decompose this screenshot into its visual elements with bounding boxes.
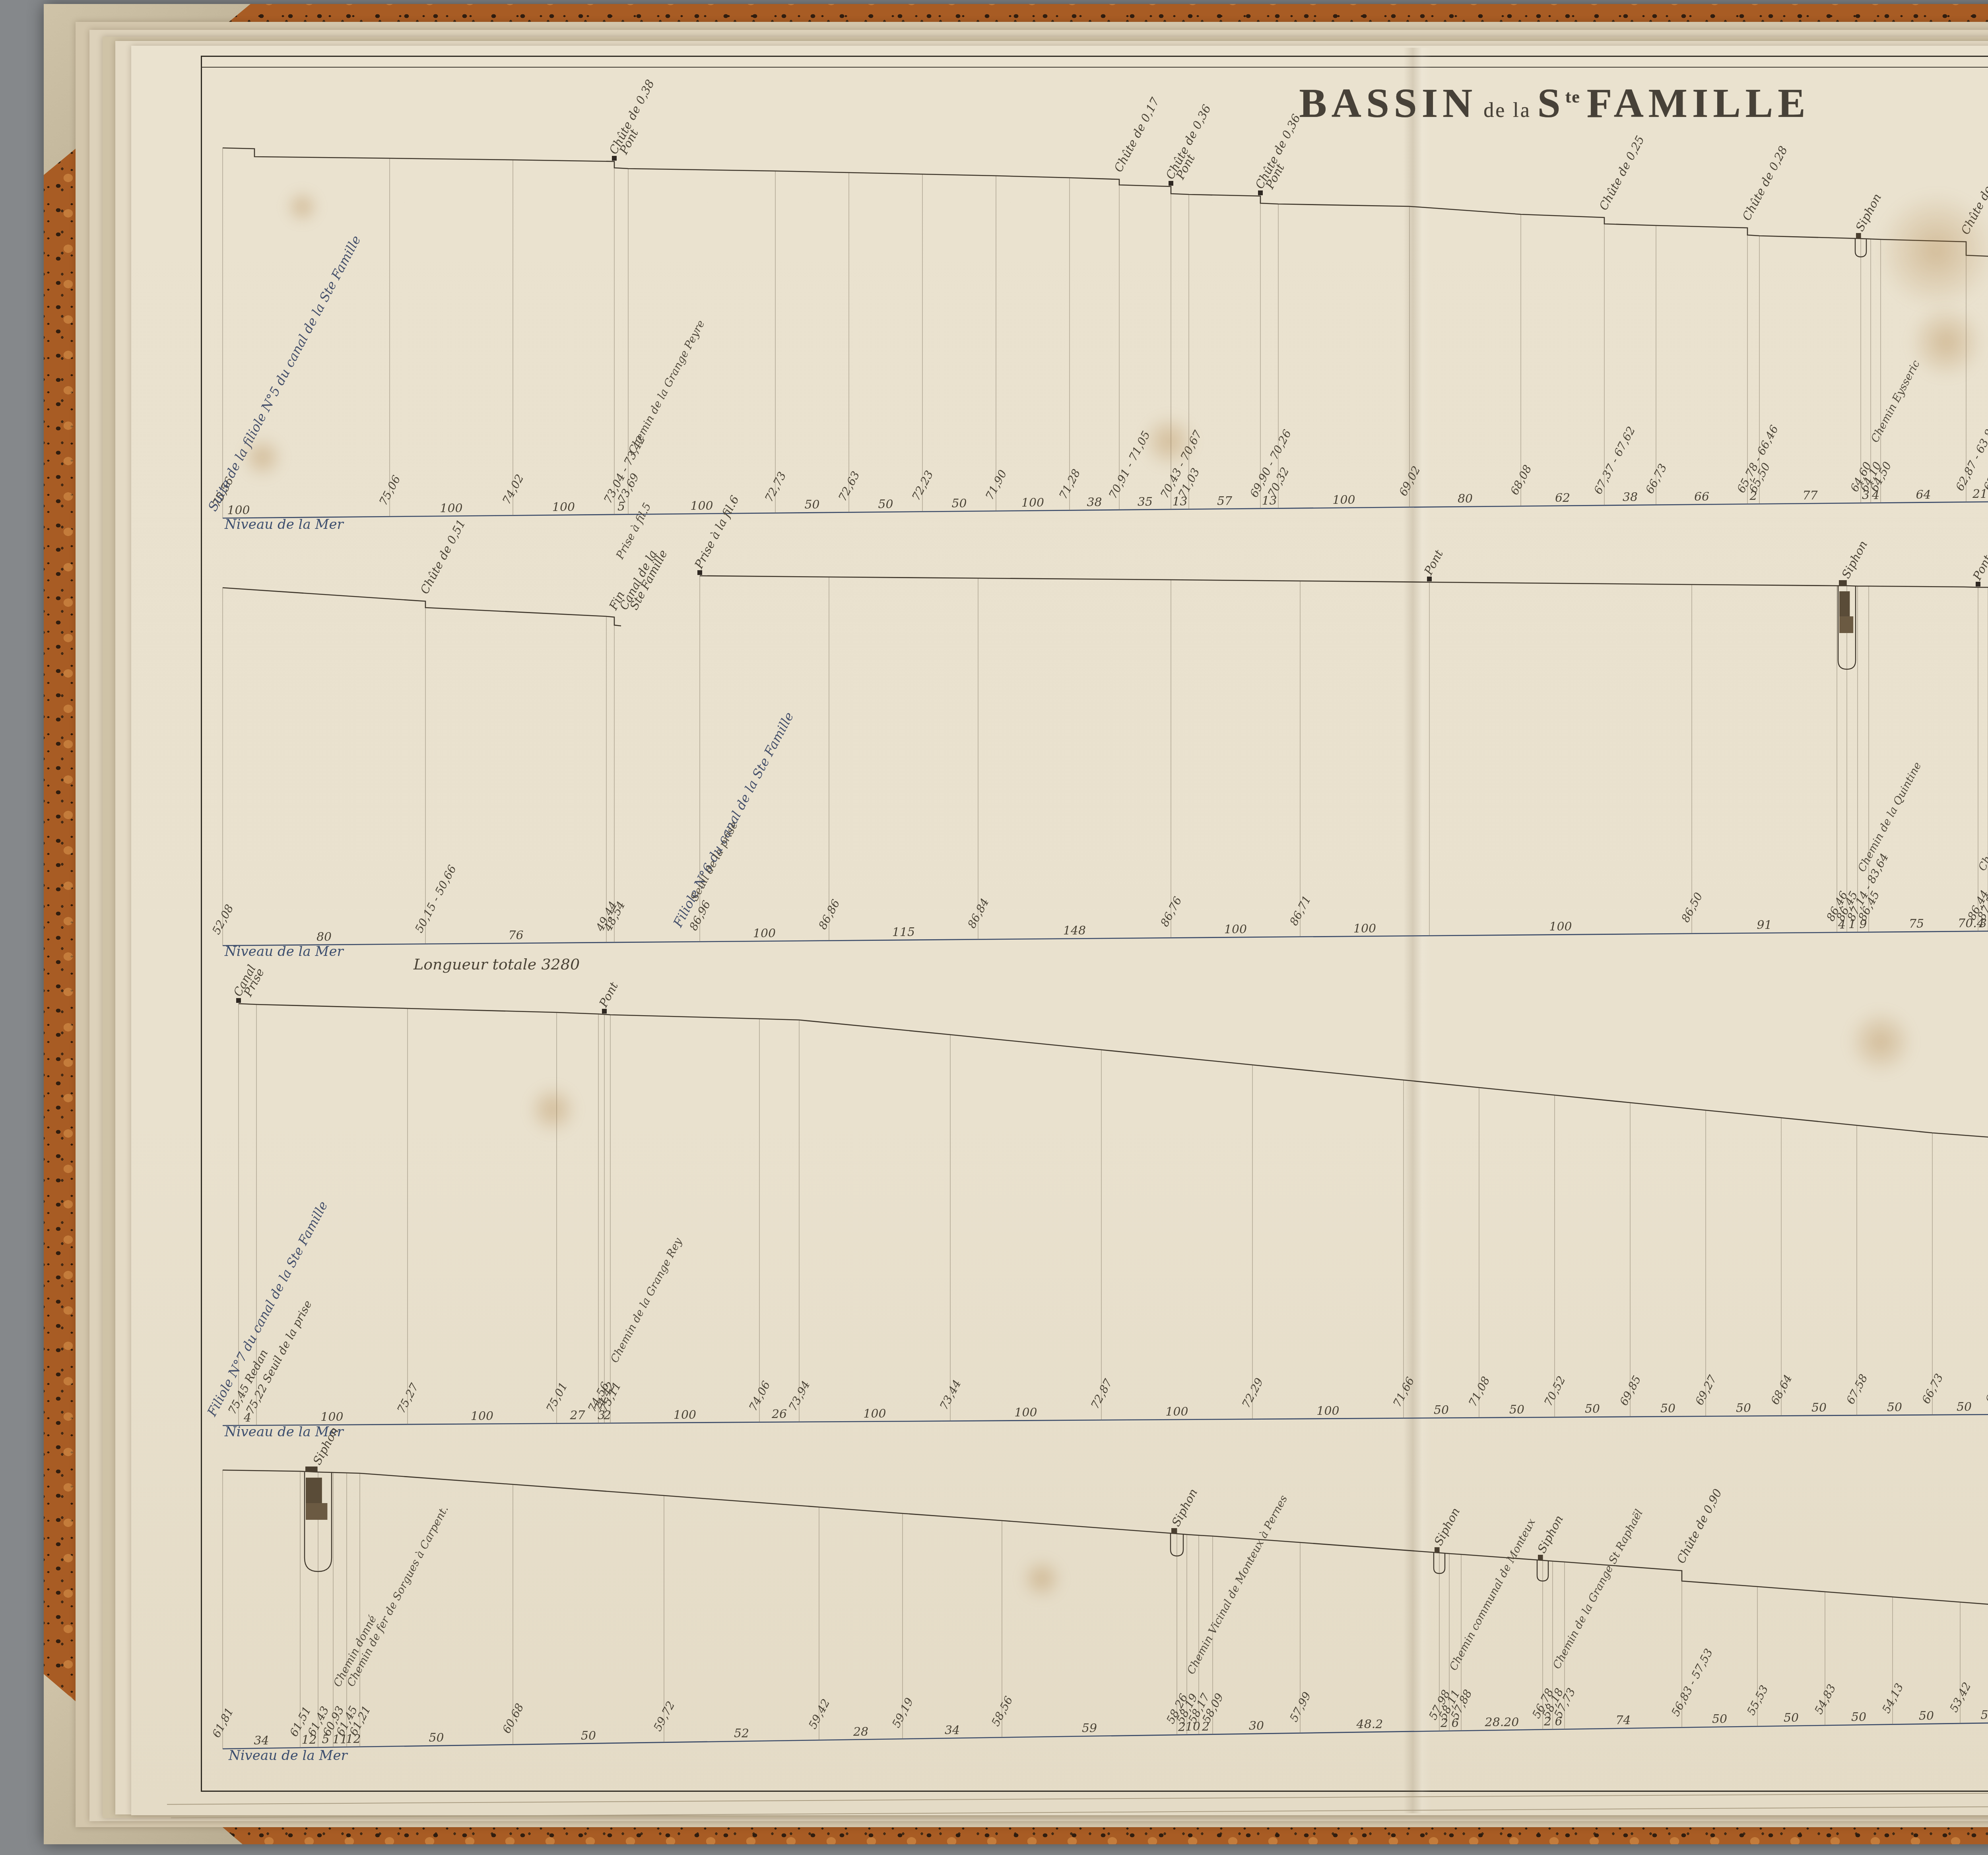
elevation-label: 72,73 bbox=[762, 470, 789, 504]
distance-label: 148 bbox=[1063, 924, 1086, 938]
distance-label: 62 bbox=[1555, 491, 1570, 505]
distance-label: 50 bbox=[1712, 1712, 1727, 1726]
distance-label: 50 bbox=[804, 498, 819, 512]
elevation-label: 55,53 bbox=[1744, 1683, 1771, 1717]
distance-label: 100 bbox=[690, 499, 713, 513]
siphon-masonry bbox=[306, 1478, 322, 1503]
pont-marker bbox=[1258, 190, 1263, 195]
elevation-label: 68,08 bbox=[1508, 463, 1534, 497]
distance-label: 50 bbox=[1784, 1711, 1799, 1725]
chute-annotation: Siphon bbox=[1535, 1513, 1566, 1555]
paper-stain bbox=[1141, 414, 1197, 469]
paper-stain bbox=[284, 189, 320, 225]
elevation-label: 71,90 bbox=[983, 468, 1010, 502]
sea-level-label: Niveau de la Mer bbox=[224, 517, 344, 532]
profile-line bbox=[239, 1004, 1988, 1193]
distance-label: 57 bbox=[1217, 494, 1233, 508]
distance-label: 100 bbox=[753, 927, 776, 940]
chute-annotation: Siphon bbox=[1431, 1505, 1462, 1548]
road-label: Chemin Eysseric bbox=[1869, 358, 1922, 445]
distance-label: 30 bbox=[1249, 1719, 1264, 1733]
distance-label: 50 bbox=[1811, 1401, 1827, 1415]
elevation-label: 68,64 bbox=[1768, 1373, 1795, 1407]
elevation-label: 56,83 - 57,53 bbox=[1669, 1646, 1715, 1718]
elevation-label: 86,50 bbox=[1679, 890, 1705, 925]
elevation-label: 72,87 bbox=[1088, 1377, 1115, 1411]
distance-label: 80 bbox=[316, 930, 332, 944]
elevation-label: 86,86 bbox=[816, 897, 843, 932]
elevation-label: 71,66 bbox=[1390, 1375, 1417, 1409]
distance-label: 50 bbox=[1434, 1403, 1449, 1417]
chute-annotation: Siphon bbox=[1839, 538, 1870, 581]
distance-label: 100 bbox=[1021, 496, 1044, 510]
sea-level-label: Niveau de la Mer bbox=[228, 1748, 348, 1764]
distance-label: 34 bbox=[945, 1723, 960, 1737]
distance-label: 100 bbox=[471, 1409, 493, 1423]
pont-marker bbox=[1169, 181, 1173, 186]
distance-label: 100 bbox=[1316, 1404, 1339, 1418]
distance-label: 35 bbox=[1138, 495, 1153, 509]
distance-label: 38 bbox=[1623, 490, 1638, 504]
distance-label: 28 bbox=[853, 1725, 868, 1739]
elevation-label: 50,15 - 50,66 bbox=[412, 863, 459, 935]
road-label: Chemin communal de Monteux bbox=[1447, 1517, 1538, 1672]
elevation-label: 59,42 bbox=[806, 1697, 833, 1731]
distance-label: 50 bbox=[581, 1729, 596, 1743]
profile-line bbox=[223, 588, 621, 626]
elevation-label: 58,56 bbox=[989, 1694, 1015, 1728]
profile-title: Suite de la filiole N°5 du canal de la S… bbox=[205, 233, 364, 514]
elevation-label: 75,06 bbox=[377, 473, 403, 507]
elevation-label: 67,37 - 67,62 bbox=[1591, 424, 1638, 496]
elevation-label: 72,63 bbox=[836, 469, 862, 503]
elevation-label: 66,26 bbox=[1983, 1371, 1988, 1405]
siphon-headblock bbox=[1839, 580, 1847, 586]
elevation-label: 69,85 bbox=[1617, 1373, 1644, 1408]
distance-label: 115 bbox=[892, 925, 915, 939]
chute-annotation: Pont bbox=[1421, 548, 1446, 578]
distance-label: 100 bbox=[1549, 920, 1572, 934]
scanned-plate-scene: BASSIN de la Ste FAMILLE 75,5610075,0610… bbox=[0, 0, 1988, 1855]
elevation-label: 53,42 bbox=[1947, 1680, 1974, 1714]
distance-label: 100 bbox=[320, 1410, 343, 1424]
road-label: Chemin de fer de Sorgues à Carpent. bbox=[345, 1503, 451, 1688]
road-label: Chemin Vicinal de Monteux à Pernes bbox=[1185, 1493, 1290, 1676]
elevation-label: 71,28 bbox=[1056, 467, 1083, 501]
elevation-label: 73,44 bbox=[937, 1378, 964, 1412]
siphon-masonry bbox=[306, 1503, 327, 1520]
distance-label: 100 bbox=[440, 501, 462, 515]
profile-line bbox=[223, 148, 1988, 408]
road-label: Chemin de la Grange Rey bbox=[608, 1235, 685, 1365]
distance-label: 66 bbox=[1694, 490, 1709, 504]
distance-label: 77 bbox=[1802, 489, 1818, 503]
siphon-headblock bbox=[1435, 1547, 1440, 1553]
sea-level-baseline bbox=[223, 927, 1988, 946]
pont-marker bbox=[1427, 577, 1432, 581]
sea-level-baseline bbox=[223, 497, 1988, 518]
distance-label: 100 bbox=[227, 503, 250, 517]
elevation-label: 66,73 bbox=[1919, 1371, 1946, 1406]
distance-label: 50 bbox=[878, 497, 893, 511]
chute-annotation: Chûte de 0,28 bbox=[1739, 144, 1790, 223]
elevation-label: 86,84 bbox=[965, 896, 992, 930]
siphon-masonry bbox=[1839, 616, 1853, 633]
distance-label: 50 bbox=[1509, 1403, 1524, 1417]
distance-label: 64 bbox=[1916, 488, 1931, 502]
elevation-label: 71,08 bbox=[1466, 1374, 1493, 1408]
elevation-label: 59,19 bbox=[889, 1696, 916, 1730]
siphon-headblock bbox=[1856, 233, 1861, 239]
distance-label: 100 bbox=[863, 1407, 886, 1421]
elevation-label: 67,58 bbox=[1844, 1372, 1870, 1406]
elevation-label: 74,06 bbox=[746, 1379, 773, 1413]
distance-label: 28.20 bbox=[1485, 1715, 1519, 1729]
siphon-headblock bbox=[305, 1467, 318, 1472]
pont-marker bbox=[697, 570, 702, 575]
distance-label: 50 bbox=[1919, 1709, 1934, 1723]
elevation-label: 54,83 bbox=[1812, 1682, 1839, 1716]
profile-line bbox=[223, 1470, 1988, 1654]
distance-label: 100 bbox=[552, 500, 575, 514]
chute-annotation: Siphon bbox=[1169, 1486, 1200, 1529]
sea-level-label: Niveau de la Mer bbox=[224, 944, 344, 960]
profile-line bbox=[700, 576, 1988, 731]
distance-label: 50 bbox=[1660, 1402, 1675, 1416]
distance-label: 74 bbox=[1615, 1713, 1631, 1727]
elevation-label: 66,73 bbox=[1643, 462, 1670, 496]
elevation-label: 75,27 bbox=[394, 1381, 421, 1415]
road-label: Chemin de la Grange Guigue bbox=[1976, 728, 1988, 873]
length-label: Longueur totale 3280 bbox=[413, 956, 580, 973]
elevation-label: 86,71 bbox=[1287, 894, 1314, 928]
paper-stain bbox=[1020, 1557, 1064, 1601]
elevation-label: 86,76 bbox=[1158, 895, 1184, 929]
distance-label: 26 bbox=[771, 1407, 787, 1421]
elevation-label: 73,94 bbox=[786, 1379, 813, 1413]
paper-stain bbox=[1847, 1008, 1914, 1076]
paper-stain bbox=[241, 435, 284, 479]
distance-label: 100 bbox=[1165, 1405, 1188, 1419]
paper-stain bbox=[1908, 304, 1984, 380]
profiles-svg: 75,5610075,0610074,0210073,04 - 73,425Ch… bbox=[0, 0, 1988, 1855]
pont-marker bbox=[602, 1009, 607, 1014]
chute-annotation: Chûte de 0,17 bbox=[1111, 95, 1162, 174]
elevation-label: 54,13 bbox=[1879, 1681, 1906, 1715]
distance-label: 50 bbox=[1736, 1401, 1751, 1415]
elevation-label: 60,68 bbox=[500, 1701, 526, 1735]
distance-label: 100 bbox=[1014, 1406, 1037, 1420]
elevation-label: 69,27 bbox=[1693, 1373, 1719, 1407]
distance-label: 100 bbox=[1224, 923, 1247, 936]
distance-label: 59 bbox=[1082, 1721, 1097, 1735]
elevation-label: 69,02 bbox=[1396, 464, 1423, 498]
distance-label: 76 bbox=[508, 928, 523, 942]
distance-label: 52.2 bbox=[1981, 1708, 1988, 1722]
paper-stain bbox=[527, 1084, 579, 1135]
pont-marker bbox=[236, 998, 241, 1003]
distance-label: 27 bbox=[569, 1408, 585, 1422]
distance-label: 48.2 bbox=[1356, 1717, 1383, 1731]
distance-label: 50 bbox=[1585, 1402, 1600, 1416]
distance-label: 50 bbox=[951, 497, 967, 511]
distance-label: 34 bbox=[254, 1734, 269, 1748]
elevation-label: 72,23 bbox=[909, 468, 936, 503]
chute-annotation: Siphon bbox=[1853, 191, 1884, 233]
chute-annotation: Chûte de 0,51 bbox=[417, 517, 468, 596]
pont-marker bbox=[612, 156, 617, 161]
paper-stain bbox=[1877, 191, 1988, 310]
elevation-label: 72,29 bbox=[1239, 1376, 1266, 1410]
distance-label: 80 bbox=[1458, 492, 1473, 506]
elevation-label: 74,02 bbox=[500, 472, 526, 506]
profile-subtitle: Seuil de la prise bbox=[688, 820, 740, 903]
elevation-label: 59,72 bbox=[651, 1699, 678, 1733]
siphon-headblock bbox=[1171, 1528, 1177, 1534]
elevation-label: 61,81 bbox=[210, 1705, 236, 1740]
distance-label: 50 bbox=[1887, 1400, 1902, 1414]
siphon-masonry bbox=[1839, 591, 1850, 616]
distance-label: 50 bbox=[1851, 1710, 1866, 1724]
distance-label: 100 bbox=[1332, 493, 1355, 507]
distance-label: 50 bbox=[429, 1731, 444, 1745]
distance-label: 38 bbox=[1087, 495, 1102, 509]
chute-annotation: Chûte de 0,25 bbox=[1596, 133, 1647, 212]
elevation-label: 57,99 bbox=[1287, 1690, 1314, 1724]
chute-annotation: Pont bbox=[1970, 553, 1988, 583]
distance-label: 52 bbox=[734, 1727, 749, 1740]
chute-annotation: Pont bbox=[596, 980, 621, 1010]
pont-marker bbox=[1976, 582, 1980, 587]
elevation-label: 75,01 bbox=[544, 1380, 570, 1414]
distance-label: 50 bbox=[1957, 1400, 1972, 1414]
siphon-headblock bbox=[1538, 1555, 1543, 1560]
distance-label: 75 bbox=[1909, 917, 1924, 931]
distance-label: 91 bbox=[1757, 918, 1772, 932]
elevation-label: 70,52 bbox=[1541, 1374, 1568, 1408]
elevation-label: 52,08 bbox=[210, 902, 236, 936]
road-label: Chemin de la Grange Peyre bbox=[626, 318, 707, 456]
distance-label: 100 bbox=[1353, 922, 1376, 936]
chute-annotation: Chûte de 0,90 bbox=[1674, 1486, 1724, 1566]
distance-label: 100 bbox=[674, 1408, 696, 1422]
